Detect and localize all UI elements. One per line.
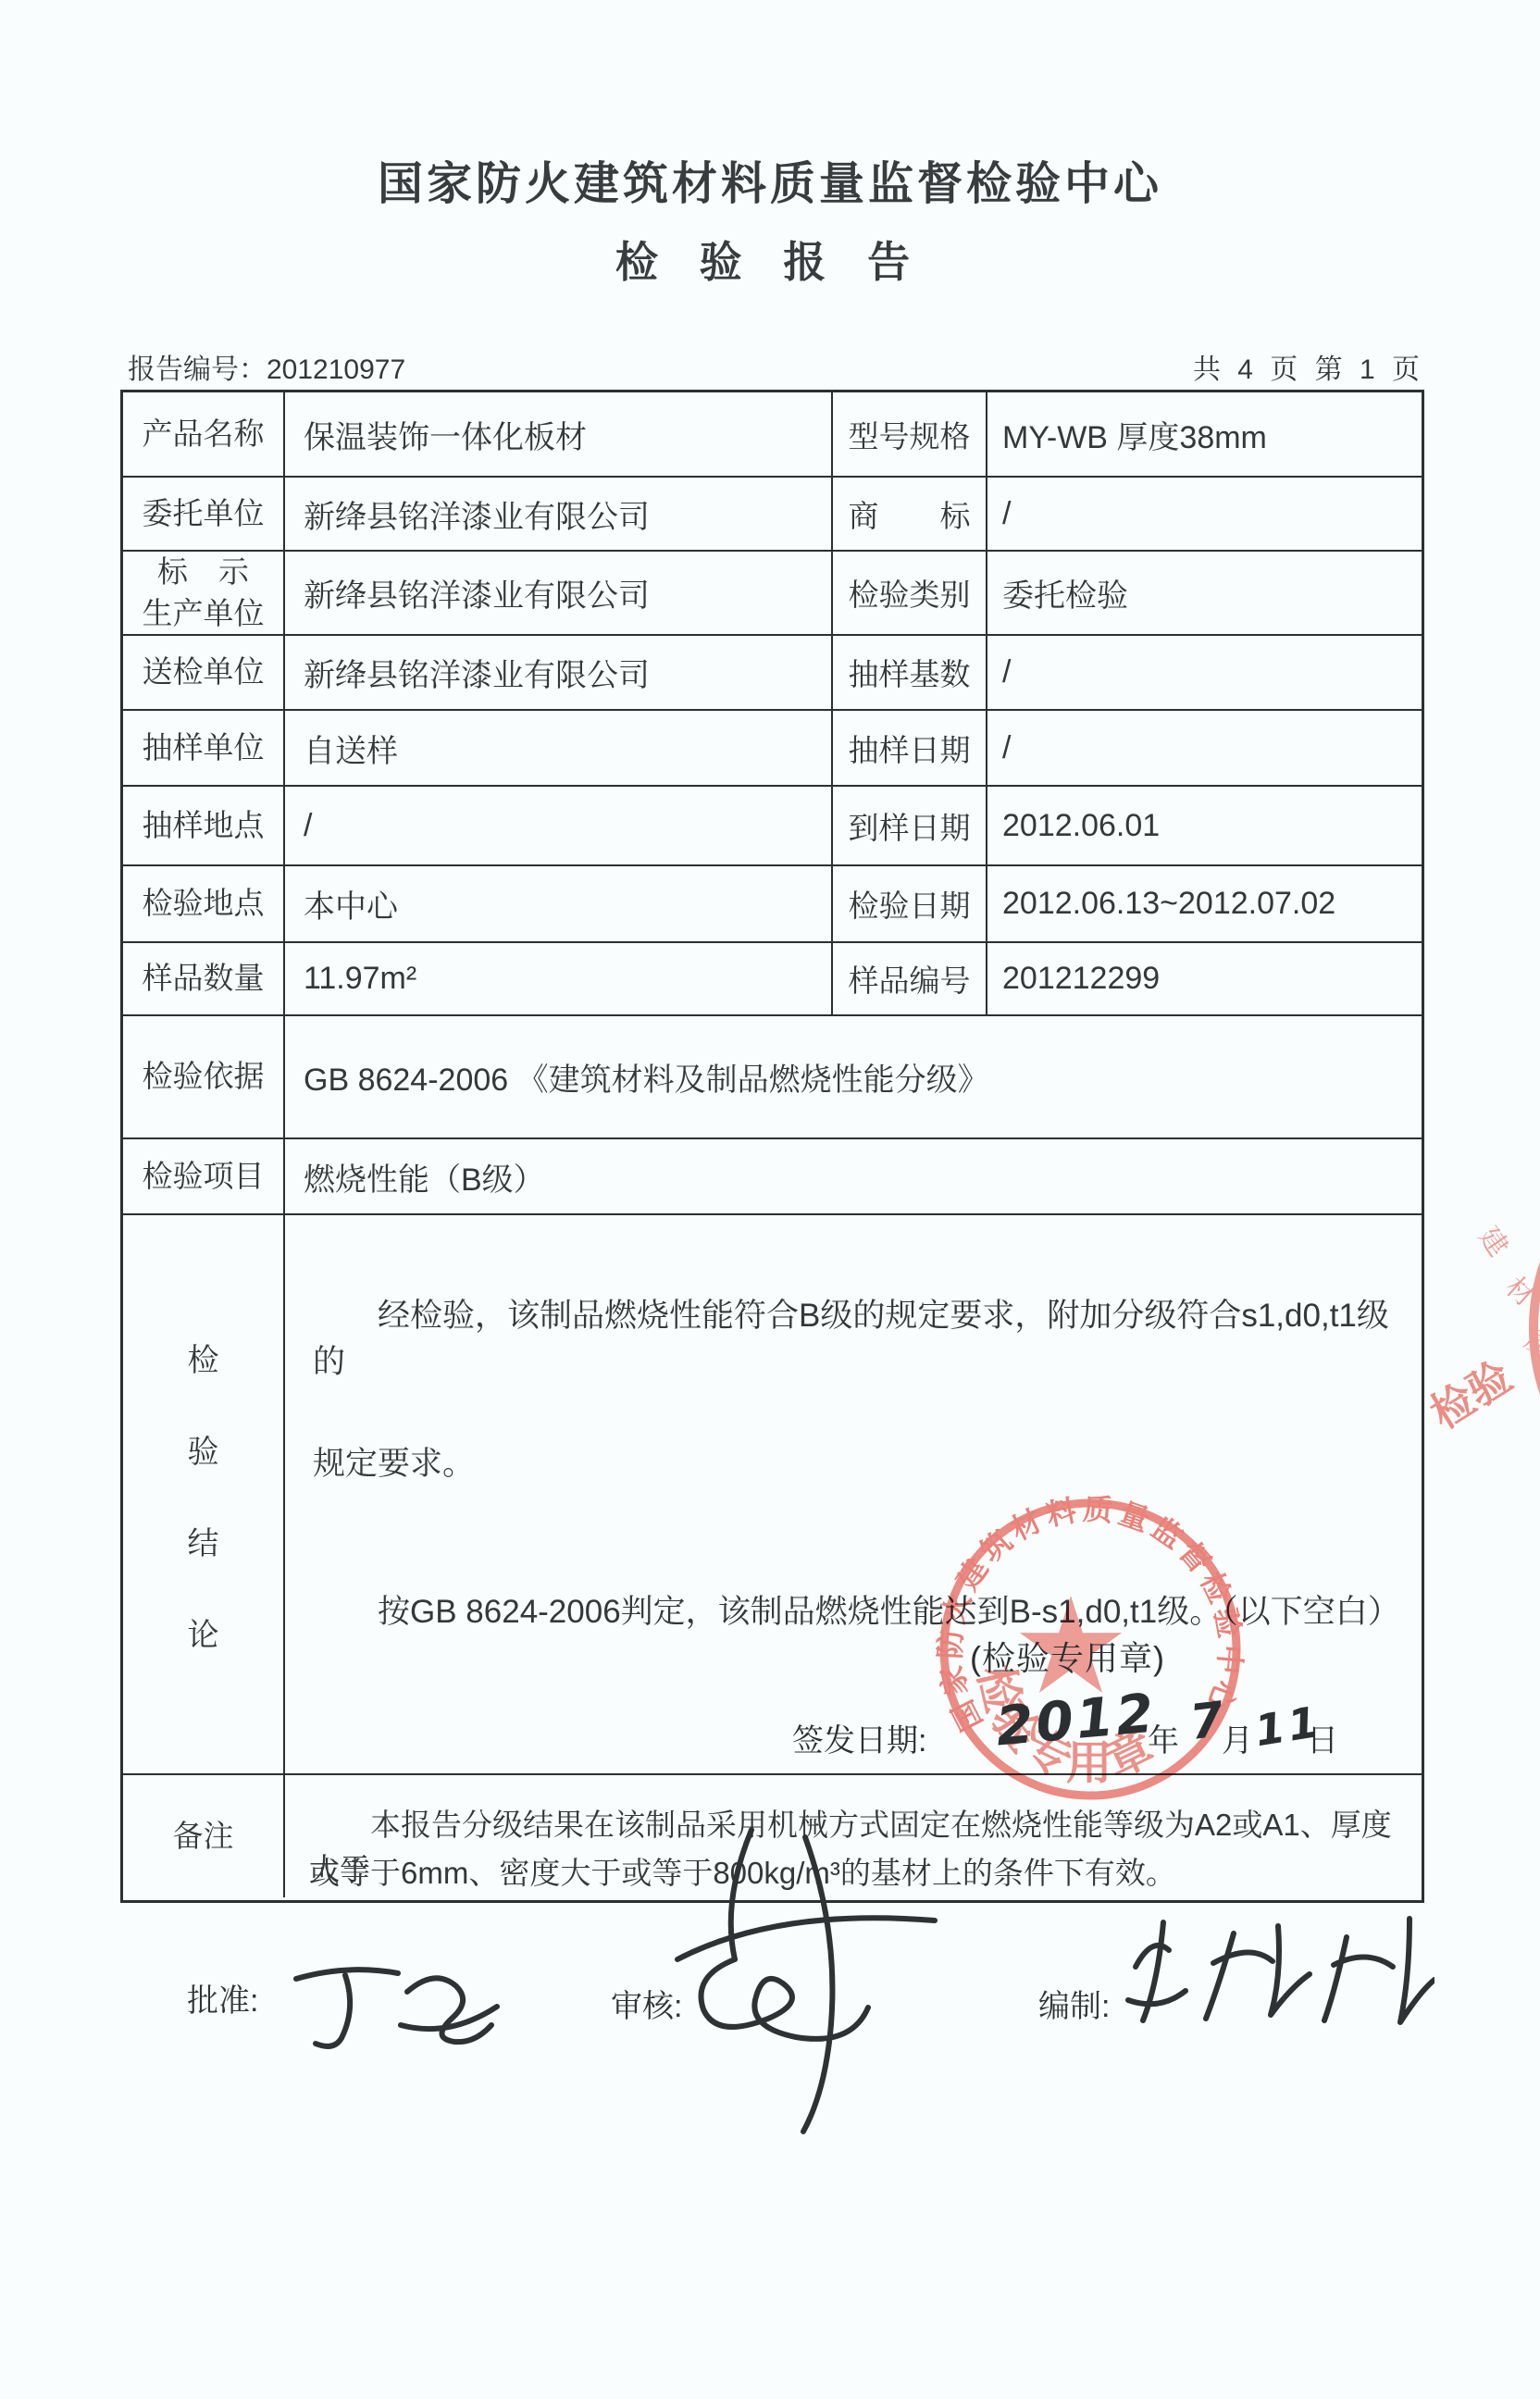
approve-signature (282, 1953, 504, 2059)
row-label: 送检单位 (123, 636, 283, 709)
remark-content: 本报告分级结果在该制品采用机械方式固定在燃烧性能等级为A2或A1、厚度大于 或等… (283, 1775, 1422, 1897)
conclusion-label-char: 检 (188, 1335, 219, 1380)
row-label: 委托单位 (123, 478, 283, 550)
row-value-2: / (986, 636, 1422, 709)
row-label: 检验地点 (123, 866, 283, 941)
page-count: 共 4 页 第 1 页 (1193, 346, 1424, 387)
row-label: 样品数量 (123, 943, 283, 1014)
row-label: 标 示 生产单位 (123, 552, 283, 634)
row-label: 产品名称 (123, 392, 283, 476)
basis-row: 检验依据 GB 8624-2006 《建筑材料及制品燃烧性能分级》 (123, 1014, 1422, 1137)
table-row: 标 示 生产单位 新绛县铭洋漆业有限公司 检验类别 委托检验 (123, 550, 1422, 634)
row-value-2: / (986, 478, 1422, 550)
day-unit: 日 (1307, 1715, 1338, 1760)
row-label-2: 抽样日期 (831, 711, 986, 785)
conclusion-label: 检 验 结 论 (123, 1215, 283, 1773)
row-label-2: 样品编号 (831, 943, 986, 1014)
year-unit: 年 (1148, 1715, 1179, 1760)
table-row: 样品数量 11.97m² 样品编号 201212299 (123, 941, 1422, 1014)
report-number-line: 报告编号：201210977 (128, 346, 405, 387)
conclusion-label-char: 结 (188, 1518, 219, 1563)
row-value: 自送样 (283, 711, 831, 785)
row-value: 本中心 (283, 866, 831, 941)
conclusion-row: 检 验 结 论 经检验，该制品燃烧性能符合B级的规定要求，附加分级符合s1,d0… (123, 1213, 1422, 1773)
month-unit: 月 (1222, 1715, 1253, 1760)
conclusion-line: 规定要求。 (313, 1438, 1399, 1485)
edge-stamp-char: 质 (1520, 1324, 1540, 1363)
report-table: 产品名称 保温装饰一体化板材 型号规格 MY-WB 厚度38mm 委托单位 新绛… (120, 390, 1424, 1903)
review-label: 审核: (611, 1981, 682, 2026)
table-row: 产品名称 保温装饰一体化板材 型号规格 MY-WB 厚度38mm (123, 392, 1422, 476)
item-label: 检验项目 (123, 1139, 283, 1213)
row-value-2: 2012.06.13~2012.07.02 (986, 866, 1422, 941)
remark-label: 备注 (123, 1775, 283, 1897)
edge-stamp-char: 材 (1499, 1272, 1540, 1313)
edge-partial-stamp: 建 材 质 检验 (1430, 1152, 1540, 1504)
prepare-signature (1115, 1902, 1434, 2041)
edge-stamp-arc (1534, 1152, 1540, 1504)
org-title: 国家防火建筑材料质量监督检验中心 (0, 148, 1540, 213)
row-value-2: MY-WB 厚度38mm (986, 392, 1422, 476)
row-label-2: 抽样基数 (831, 636, 986, 709)
row-value: 保温装饰一体化板材 (283, 392, 831, 476)
issue-date-label: 签发日期: (792, 1715, 926, 1760)
table-row: 抽样地点 / 到样日期 2012.06.01 (123, 785, 1422, 864)
row-value: 11.97m² (283, 943, 831, 1014)
edge-stamp-char: 建 (1472, 1222, 1513, 1262)
row-value-2: 201212299 (986, 943, 1422, 1014)
item-row: 检验项目 燃烧性能（B级） (123, 1137, 1422, 1213)
item-value: 燃烧性能（B级） (283, 1139, 1422, 1213)
report-number-label: 报告编号： (128, 354, 267, 385)
row-value: 新绛县铭洋漆业有限公司 (283, 552, 831, 634)
conclusion-label-char: 验 (188, 1426, 219, 1472)
conclusion-content: 经检验，该制品燃烧性能符合B级的规定要求，附加分级符合s1,d0,t1级的 规定… (283, 1215, 1422, 1773)
row-label: 抽样地点 (123, 787, 283, 864)
table-row: 送检单位 新绛县铭洋漆业有限公司 抽样基数 / (123, 634, 1422, 709)
table-row: 委托单位 新绛县铭洋漆业有限公司 商 标 / (123, 476, 1422, 550)
approve-label: 批准: (187, 1975, 258, 2020)
row-label: 抽样单位 (123, 711, 283, 785)
conclusion-label-char: 论 (188, 1610, 219, 1655)
row-value-2: / (986, 711, 1422, 785)
remark-line: 或等于6mm、密度大于或等于800kg/m³的基材上的条件下有效。 (309, 1851, 1394, 1896)
conclusion-line: 经检验，该制品燃烧性能符合B级的规定要求，附加分级符合s1,d0,t1级的 (313, 1290, 1399, 1383)
row-label-2: 型号规格 (831, 392, 986, 476)
table-row: 检验地点 本中心 检验日期 2012.06.13~2012.07.02 (123, 864, 1422, 941)
row-value: / (283, 787, 831, 864)
scanned-inspection-report-page: 国家防火建筑材料质量监督检验中心 检 验 报 告 报告编号：201210977 … (0, 0, 1540, 2399)
basis-label: 检验依据 (123, 1016, 283, 1137)
table-row: 抽样单位 自送样 抽样日期 / (123, 709, 1422, 785)
row-value-2: 委托检验 (986, 552, 1422, 634)
conclusion-line: 按GB 8624-2006判定，该制品燃烧性能达到B-s1,d0,t1级。（以下… (313, 1586, 1399, 1633)
row-value: 新绛县铭洋漆业有限公司 (283, 478, 831, 550)
row-label-2: 商 标 (831, 478, 986, 550)
row-label-2: 检验日期 (831, 866, 986, 941)
prepare-label: 编制: (1038, 1981, 1110, 2026)
seal-note-text: (检验专用章) (970, 1633, 1165, 1680)
row-value: 新绛县铭洋漆业有限公司 (283, 636, 831, 709)
row-label-2: 到样日期 (831, 787, 986, 864)
document-title: 检 验 报 告 (0, 229, 1540, 290)
remark-row: 备注 本报告分级结果在该制品采用机械方式固定在燃烧性能等级为A2或A1、厚度大于… (123, 1773, 1422, 1897)
report-number-value: 201210977 (267, 354, 405, 385)
row-label-2: 检验类别 (831, 552, 986, 634)
basis-value: GB 8624-2006 《建筑材料及制品燃烧性能分级》 (283, 1016, 1422, 1137)
edge-stamp-main-chars: 检验 (1430, 1352, 1520, 1438)
row-value-2: 2012.06.01 (986, 787, 1422, 864)
